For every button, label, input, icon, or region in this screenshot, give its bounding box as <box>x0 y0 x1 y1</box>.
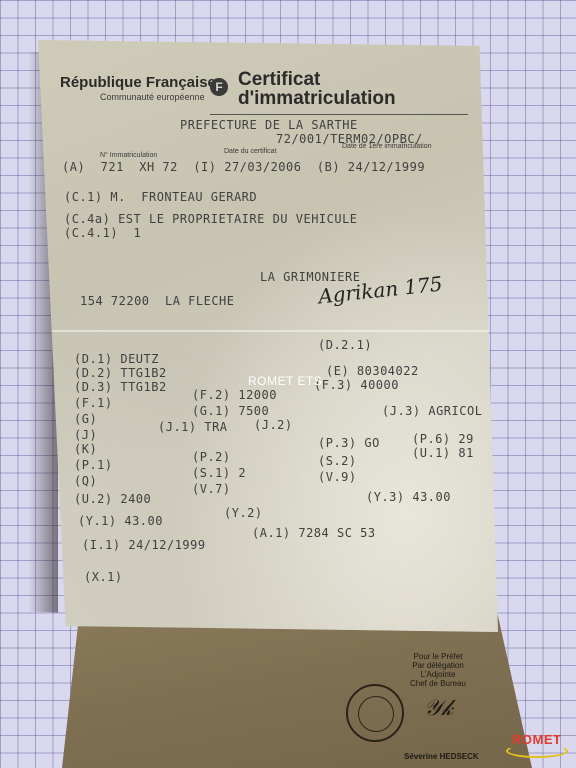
field-q: (Q) <box>74 474 97 488</box>
fold-line <box>38 330 498 332</box>
watermark-text: ROMET ETS <box>248 374 322 388</box>
field-p1: (P.1) <box>74 458 113 472</box>
registration-certificate: République Française Communauté européen… <box>38 40 498 632</box>
field-d21: (D.2.1) <box>318 338 372 352</box>
country-name: République Française <box>60 74 216 91</box>
label-first-registration: Date de 1ère immatriculation <box>342 143 432 150</box>
field-a-i-b: (A) 721 XH 72 (I) 27/03/2006 (B) 24/12/1… <box>62 160 425 174</box>
field-f1: (F.1) <box>74 396 113 410</box>
field-g1: (G.1) 7500 <box>192 404 269 418</box>
field-c1: (C.1) M. FRONTEAU GERARD <box>64 190 257 204</box>
community-name: Communauté européenne <box>100 92 205 102</box>
field-j2: (J.2) <box>254 418 293 432</box>
field-p2: (P.2) <box>192 450 231 464</box>
label-registration-number: N° Immatriculation <box>100 152 157 159</box>
field-f3: (F.3) 40000 <box>314 378 399 392</box>
field-y3: (Y.3) 43.00 <box>366 490 451 504</box>
authority-block: Pour le Préfet Par délégation L'Adjointe… <box>398 652 478 688</box>
address-line2: 154 72200 LA FLECHE <box>80 294 235 308</box>
field-d3: (D.3) TTG1B2 <box>74 380 167 394</box>
prefecture: PREFECTURE DE LA SARTHE <box>180 118 358 132</box>
field-y2: (Y.2) <box>224 506 263 520</box>
signature-icon: 𝒴𝓀 <box>424 696 453 721</box>
field-k: (K) <box>74 442 97 456</box>
field-d2: (D.2) TTG1B2 <box>74 366 167 380</box>
certificate-title: Certificat d'immatriculation <box>238 70 396 108</box>
field-u1: (U.1) 81 <box>412 446 474 460</box>
label-certificate-date: Date du certificat <box>224 148 277 155</box>
signer-name: Séverine HEDSECK <box>404 752 479 761</box>
field-d1: (D.1) DEUTZ <box>74 352 159 366</box>
field-v7: (V.7) <box>192 482 231 496</box>
field-s1: (S.1) 2 <box>192 466 246 480</box>
field-v9: (V.9) <box>318 470 357 484</box>
france-badge-icon: F <box>210 78 228 96</box>
field-g: (G) <box>74 412 97 426</box>
field-i1: (I.1) 24/12/1999 <box>82 538 206 552</box>
field-p6: (P.6) 29 <box>412 432 474 446</box>
field-y1: (Y.1) 43.00 <box>78 514 163 528</box>
romet-logo: ROMET <box>512 732 561 747</box>
field-j3: (J.3) AGRICOL <box>382 404 482 418</box>
header-divider <box>210 114 468 115</box>
field-c41: (C.4.1) 1 <box>64 226 141 240</box>
field-c4a: (C.4a) EST LE PROPRIETAIRE DU VEHICULE <box>64 212 358 226</box>
field-j: (J) <box>74 428 97 442</box>
field-a1: (A.1) 7284 SC 53 <box>252 526 376 540</box>
field-j1: (J.1) TRA <box>158 420 228 434</box>
field-p3: (P.3) GO <box>318 436 380 450</box>
field-f2: (F.2) 12000 <box>192 388 277 402</box>
field-u2: (U.2) 2400 <box>74 492 151 506</box>
field-e: (E) 80304022 <box>326 364 419 378</box>
field-x1: (X.1) <box>84 570 123 584</box>
prefecture-seal-icon <box>346 684 404 742</box>
field-s2: (S.2) <box>318 454 357 468</box>
